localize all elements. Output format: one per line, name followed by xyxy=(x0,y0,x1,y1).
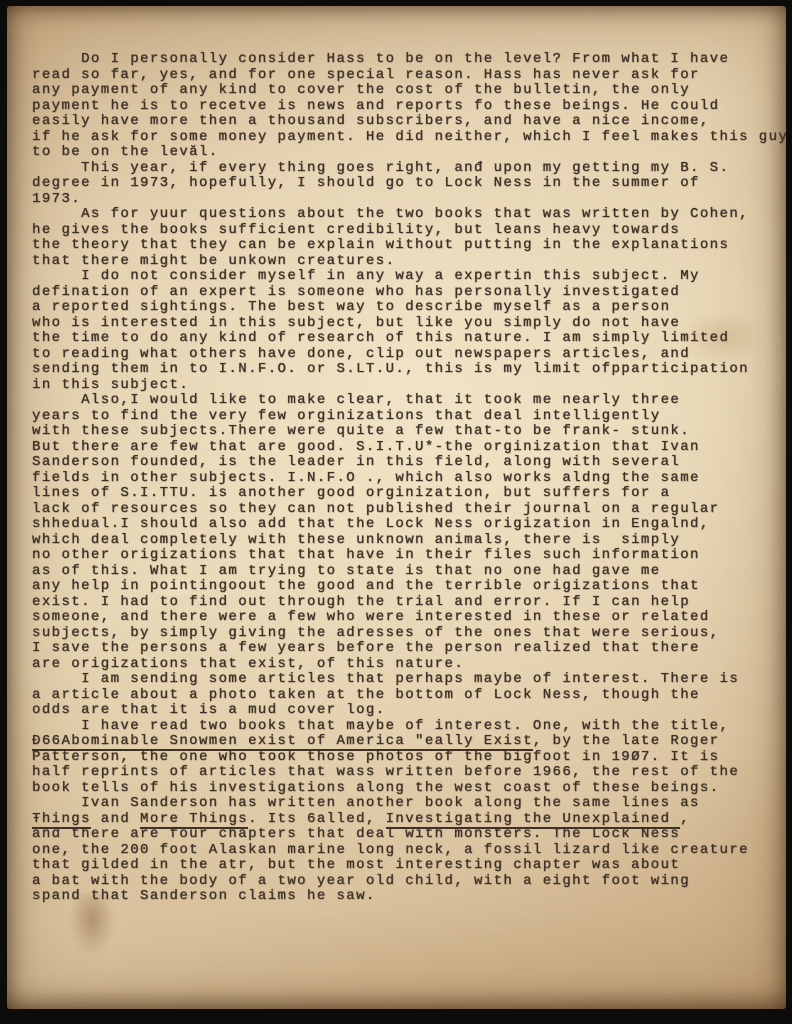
text-line: no other origizations that that have in … xyxy=(32,548,786,564)
paragraph: This year, if every thing goes right, an… xyxy=(32,161,786,208)
text-line: Sanderson founded, is the leader in this… xyxy=(32,455,786,471)
text-line: subjects, by simply giving the adresses … xyxy=(32,626,786,642)
text-line: a bat with the body of a two year old ch… xyxy=(32,874,786,890)
text-line: Ŧhings and More Things. Its 6alled, Inve… xyxy=(32,812,786,828)
letter-body: Do I personally consider Hass to be on t… xyxy=(32,52,786,905)
text-segment: and xyxy=(91,811,140,827)
text-line: Đ66Abominable Snowmen exist of America "… xyxy=(32,734,786,750)
text-line: easily have more then a thousand subscri… xyxy=(32,114,786,130)
paragraph: Ivan Sanderson has written another book … xyxy=(32,796,786,905)
text-line: as of this. What I am trying to state is… xyxy=(32,564,786,580)
text-line: read so far, yes, and for one special re… xyxy=(32,68,786,84)
text-line: to be on the levăl. xyxy=(32,145,786,161)
paragraph: I am sending some articles that perhaps … xyxy=(32,672,786,719)
text-line: payment he is to recetve is news and rep… xyxy=(32,99,786,115)
text-line: are origizations that exist, of this nat… xyxy=(32,657,786,673)
text-line: I do not consider myself in any way a ex… xyxy=(32,269,786,285)
text-line: spand that Sanderson claims he saw. xyxy=(32,889,786,905)
text-line: and there are four chapters that deal wi… xyxy=(32,827,786,843)
text-line: This year, if every thing goes right, an… xyxy=(32,161,786,177)
text-line: sending them in to I.N.F.O. or S.LT.U., … xyxy=(32,362,786,378)
text-line: Do I personally consider Hass to be on t… xyxy=(32,52,786,68)
text-line: shhedual.I should also add that the Lock… xyxy=(32,517,786,533)
text-segment: , by the late Roger xyxy=(533,733,720,749)
text-line: fields in other subjects. I.N.F.O ., whi… xyxy=(32,471,786,487)
text-line: who is interested in this subject, but l… xyxy=(32,316,786,332)
text-line: he gives the books sufficient credibilit… xyxy=(32,223,786,239)
paragraph: Also,I would like to make clear, that it… xyxy=(32,393,786,672)
text-line: any help in pointingoout the good and th… xyxy=(32,579,786,595)
text-line: lines of S.I.TTU. is another good orgini… xyxy=(32,486,786,502)
text-line: in this subject. xyxy=(32,378,786,394)
text-line: any payment of any kind to cover the cos… xyxy=(32,83,786,99)
text-line: degree in 1973, hopefully, I should go t… xyxy=(32,176,786,192)
text-line: the theory that they can be explain with… xyxy=(32,238,786,254)
text-line: I have read two books that maybe of inte… xyxy=(32,719,786,735)
text-line: odds are that it is a mud cover log. xyxy=(32,703,786,719)
text-line: a article about a photo taken at the bot… xyxy=(32,688,786,704)
text-line: 1973. xyxy=(32,192,786,208)
text-line: lack of resources so they can not publis… xyxy=(32,502,786,518)
text-segment: , xyxy=(680,811,690,827)
scan-backdrop: Do I personally consider Hass to be on t… xyxy=(0,0,792,1024)
text-line: one, the 200 foot Alaskan marine long ne… xyxy=(32,843,786,859)
text-line: that gilded in the atr, but the most int… xyxy=(32,858,786,874)
text-line: half reprints of articles that wass writ… xyxy=(32,765,786,781)
paragraph: As for yuur questions about the two book… xyxy=(32,207,786,269)
text-line: a reported sightings. The best way to de… xyxy=(32,300,786,316)
text-line: book tells of his investigations along t… xyxy=(32,781,786,797)
text-line: which deal completely with these unknown… xyxy=(32,533,786,549)
text-line: years to find the very few orginizations… xyxy=(32,409,786,425)
text-line: But there are few that are good. S.I.T.U… xyxy=(32,440,786,456)
paragraph: I have read two books that maybe of inte… xyxy=(32,719,786,797)
text-line: to reading what others have done, clip o… xyxy=(32,347,786,363)
text-line: the time to do any kind of research of t… xyxy=(32,331,786,347)
text-segment: . Its 6alled, xyxy=(248,811,386,827)
text-line: someone, and there were a few who were i… xyxy=(32,610,786,626)
text-line: Also,I would like to make clear, that it… xyxy=(32,393,786,409)
text-line: Ivan Sanderson has written another book … xyxy=(32,796,786,812)
text-line: I save the persons a few years before th… xyxy=(32,641,786,657)
paragraph: Do I personally consider Hass to be on t… xyxy=(32,52,786,161)
paragraph: I do not consider myself in any way a ex… xyxy=(32,269,786,393)
text-line: Patterson, the one who took those photos… xyxy=(32,750,786,766)
text-line: As for yuur questions about the two book… xyxy=(32,207,786,223)
text-line: that there might be unkown creatures. xyxy=(32,254,786,270)
text-line: exist. I had to find out through the tri… xyxy=(32,595,786,611)
text-line: if he ask for some money payment. He did… xyxy=(32,130,786,146)
text-line: defination of an expert is someone who h… xyxy=(32,285,786,301)
text-line: with these subjects.There were quite a f… xyxy=(32,424,786,440)
paper-sheet: Do I personally consider Hass to be on t… xyxy=(7,6,786,1009)
text-line: I am sending some articles that perhaps … xyxy=(32,672,786,688)
